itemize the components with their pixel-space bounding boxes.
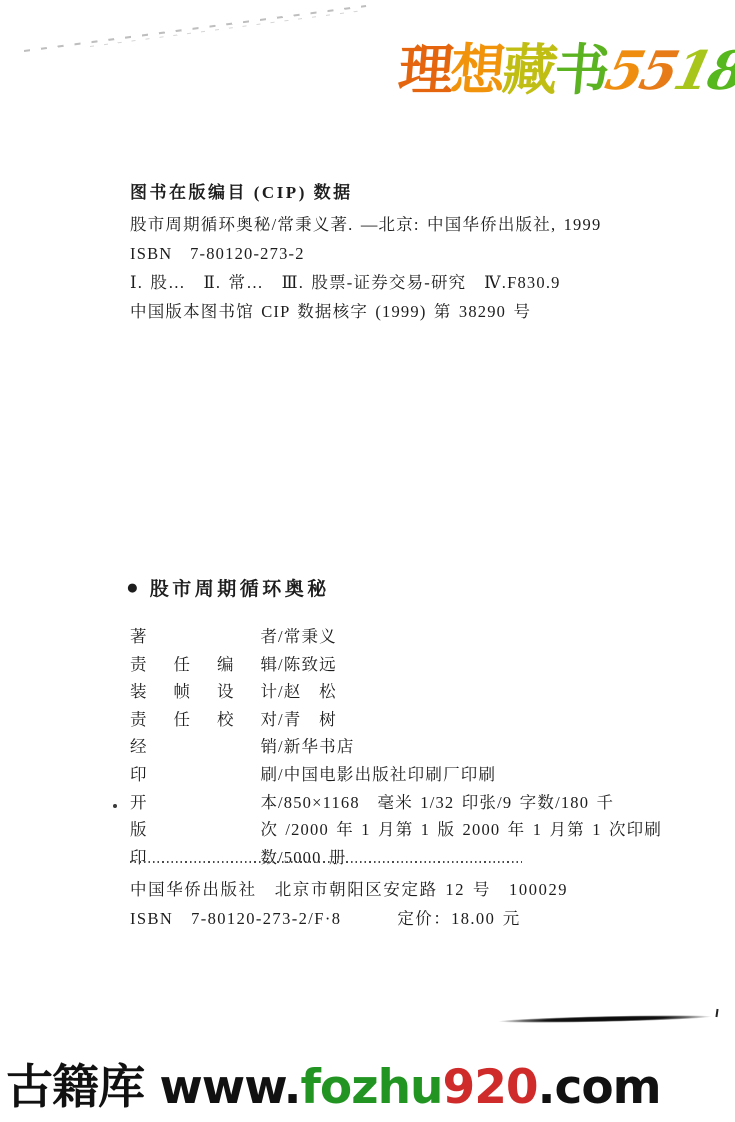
scanned-colophon-page: 理想藏书55188 图书在版编目 (CIP) 数据 股市周期循环奥秘/常秉义著.… bbox=[0, 0, 735, 1122]
scan-dot-artifact bbox=[113, 804, 117, 808]
scan-smudge-artifact bbox=[24, 5, 366, 52]
publisher-address-line: 中国华侨出版社 北京市朝阳区安定路 12 号 100029 bbox=[130, 876, 670, 905]
ideal-bookstore-watermark: 理想藏书55188 bbox=[399, 26, 735, 105]
bullet-icon: ● bbox=[126, 577, 139, 598]
colophon-row-value: /中国电影出版社印刷厂印刷 bbox=[278, 765, 496, 784]
colophon-row-editor: 责任编辑/陈致远 bbox=[130, 651, 650, 679]
colophon-row-distributor: 经销/新华书店 bbox=[130, 733, 650, 761]
colophon-list: 著者/常秉义 责任编辑/陈致远 装帧设计/赵 松 责任校对/青 树 经销/新华书… bbox=[130, 623, 650, 871]
site-watermark: 古籍库 www.fozhu920.com bbox=[6, 1050, 661, 1117]
cip-record-number-line: 中国版本图书馆 CIP 数据核字 (1999) 第 38290 号 bbox=[130, 297, 650, 326]
watermark-char: 想 bbox=[448, 26, 507, 105]
watermark-char: 藏 bbox=[500, 26, 559, 105]
colophon-row-value: /2000 年 1 月第 1 版 2000 年 1 月第 1 次印刷 bbox=[278, 820, 662, 839]
colophon-row-value: /赵 松 bbox=[278, 682, 337, 701]
isbn-price-line: ISBN 7-80120-273-2/F·8 定价：18.00 元 bbox=[130, 905, 670, 934]
price-label: 定价：18.00 元 bbox=[397, 905, 520, 934]
colophon-row-designer: 装帧设计/赵 松 bbox=[130, 678, 650, 706]
colophon-row-label: 装帧设计 bbox=[130, 678, 278, 706]
colophon-row-label: 著者 bbox=[130, 623, 278, 651]
colophon-row-label: 责任编辑 bbox=[130, 651, 278, 679]
colophon-row-printer: 印刷/中国电影出版社印刷厂印刷 bbox=[130, 761, 650, 789]
colophon-row-label: 版次 bbox=[130, 816, 278, 844]
colophon-row-label: 印刷 bbox=[130, 761, 278, 789]
book-title-banner: ● 股市周期循环奥秘 bbox=[126, 574, 330, 601]
watermark-char: 理 bbox=[396, 26, 455, 105]
scan-smudge-artifact bbox=[90, 11, 358, 47]
colophon-row-author: 著者/常秉义 bbox=[130, 623, 650, 651]
site-watermark-number: 920 bbox=[443, 1060, 538, 1115]
colophon-row-value: /850×1168 毫米 1/32 印张/9 字数/180 千 bbox=[278, 793, 614, 812]
dotted-divider bbox=[130, 861, 522, 863]
cip-title-line: 股市周期循环奥秘/常秉义著. —北京: 中国华侨出版社, 1999 bbox=[130, 210, 650, 239]
isbn-number: ISBN 7-80120-273-2/F·8 bbox=[130, 905, 341, 934]
cip-isbn-line: ISBN 7-80120-273-2 bbox=[130, 239, 650, 268]
cip-heading: 图书在版编目 (CIP) 数据 bbox=[130, 178, 650, 207]
colophon-row-value: /常秉义 bbox=[278, 627, 337, 646]
scan-streak-artifact bbox=[715, 1009, 718, 1017]
cip-data-block: 图书在版编目 (CIP) 数据 股市周期循环奥秘/常秉义著. —北京: 中国华侨… bbox=[130, 178, 650, 326]
site-watermark-domain: fozhu bbox=[300, 1060, 442, 1115]
colophon-row-label: 开本 bbox=[130, 789, 278, 817]
publisher-footer: 中国华侨出版社 北京市朝阳区安定路 12 号 100029 ISBN 7-801… bbox=[130, 876, 670, 933]
colophon-row-print-run: 印数/5000 册 bbox=[130, 844, 650, 872]
colophon-row-format: 开本/850×1168 毫米 1/32 印张/9 字数/180 千 bbox=[130, 789, 650, 817]
cip-classification-line: Ⅰ. 股… Ⅱ. 常… Ⅲ. 股票-证券交易-研究 Ⅳ.F830.9 bbox=[130, 268, 650, 297]
colophon-row-label: 责任校对 bbox=[130, 706, 278, 734]
colophon-row-value: /青 树 bbox=[278, 710, 337, 729]
book-title: 股市周期循环奥秘 bbox=[150, 574, 330, 601]
colophon-row-value: /陈致远 bbox=[278, 655, 337, 674]
colophon-row-value: /新华书店 bbox=[278, 737, 355, 756]
site-watermark-prefix: 古籍库 www. bbox=[6, 1060, 300, 1115]
site-watermark-tld: .com bbox=[538, 1060, 661, 1115]
colophon-row-edition: 版次 /2000 年 1 月第 1 版 2000 年 1 月第 1 次印刷 bbox=[130, 816, 650, 844]
colophon-row-proofreader: 责任校对/青 树 bbox=[130, 706, 650, 734]
scan-streak-artifact bbox=[496, 1014, 714, 1025]
colophon-row-label: 印数 bbox=[130, 844, 278, 872]
colophon-row-label: 经销 bbox=[130, 733, 278, 761]
colophon-row-value: /5000 册 bbox=[278, 848, 347, 867]
